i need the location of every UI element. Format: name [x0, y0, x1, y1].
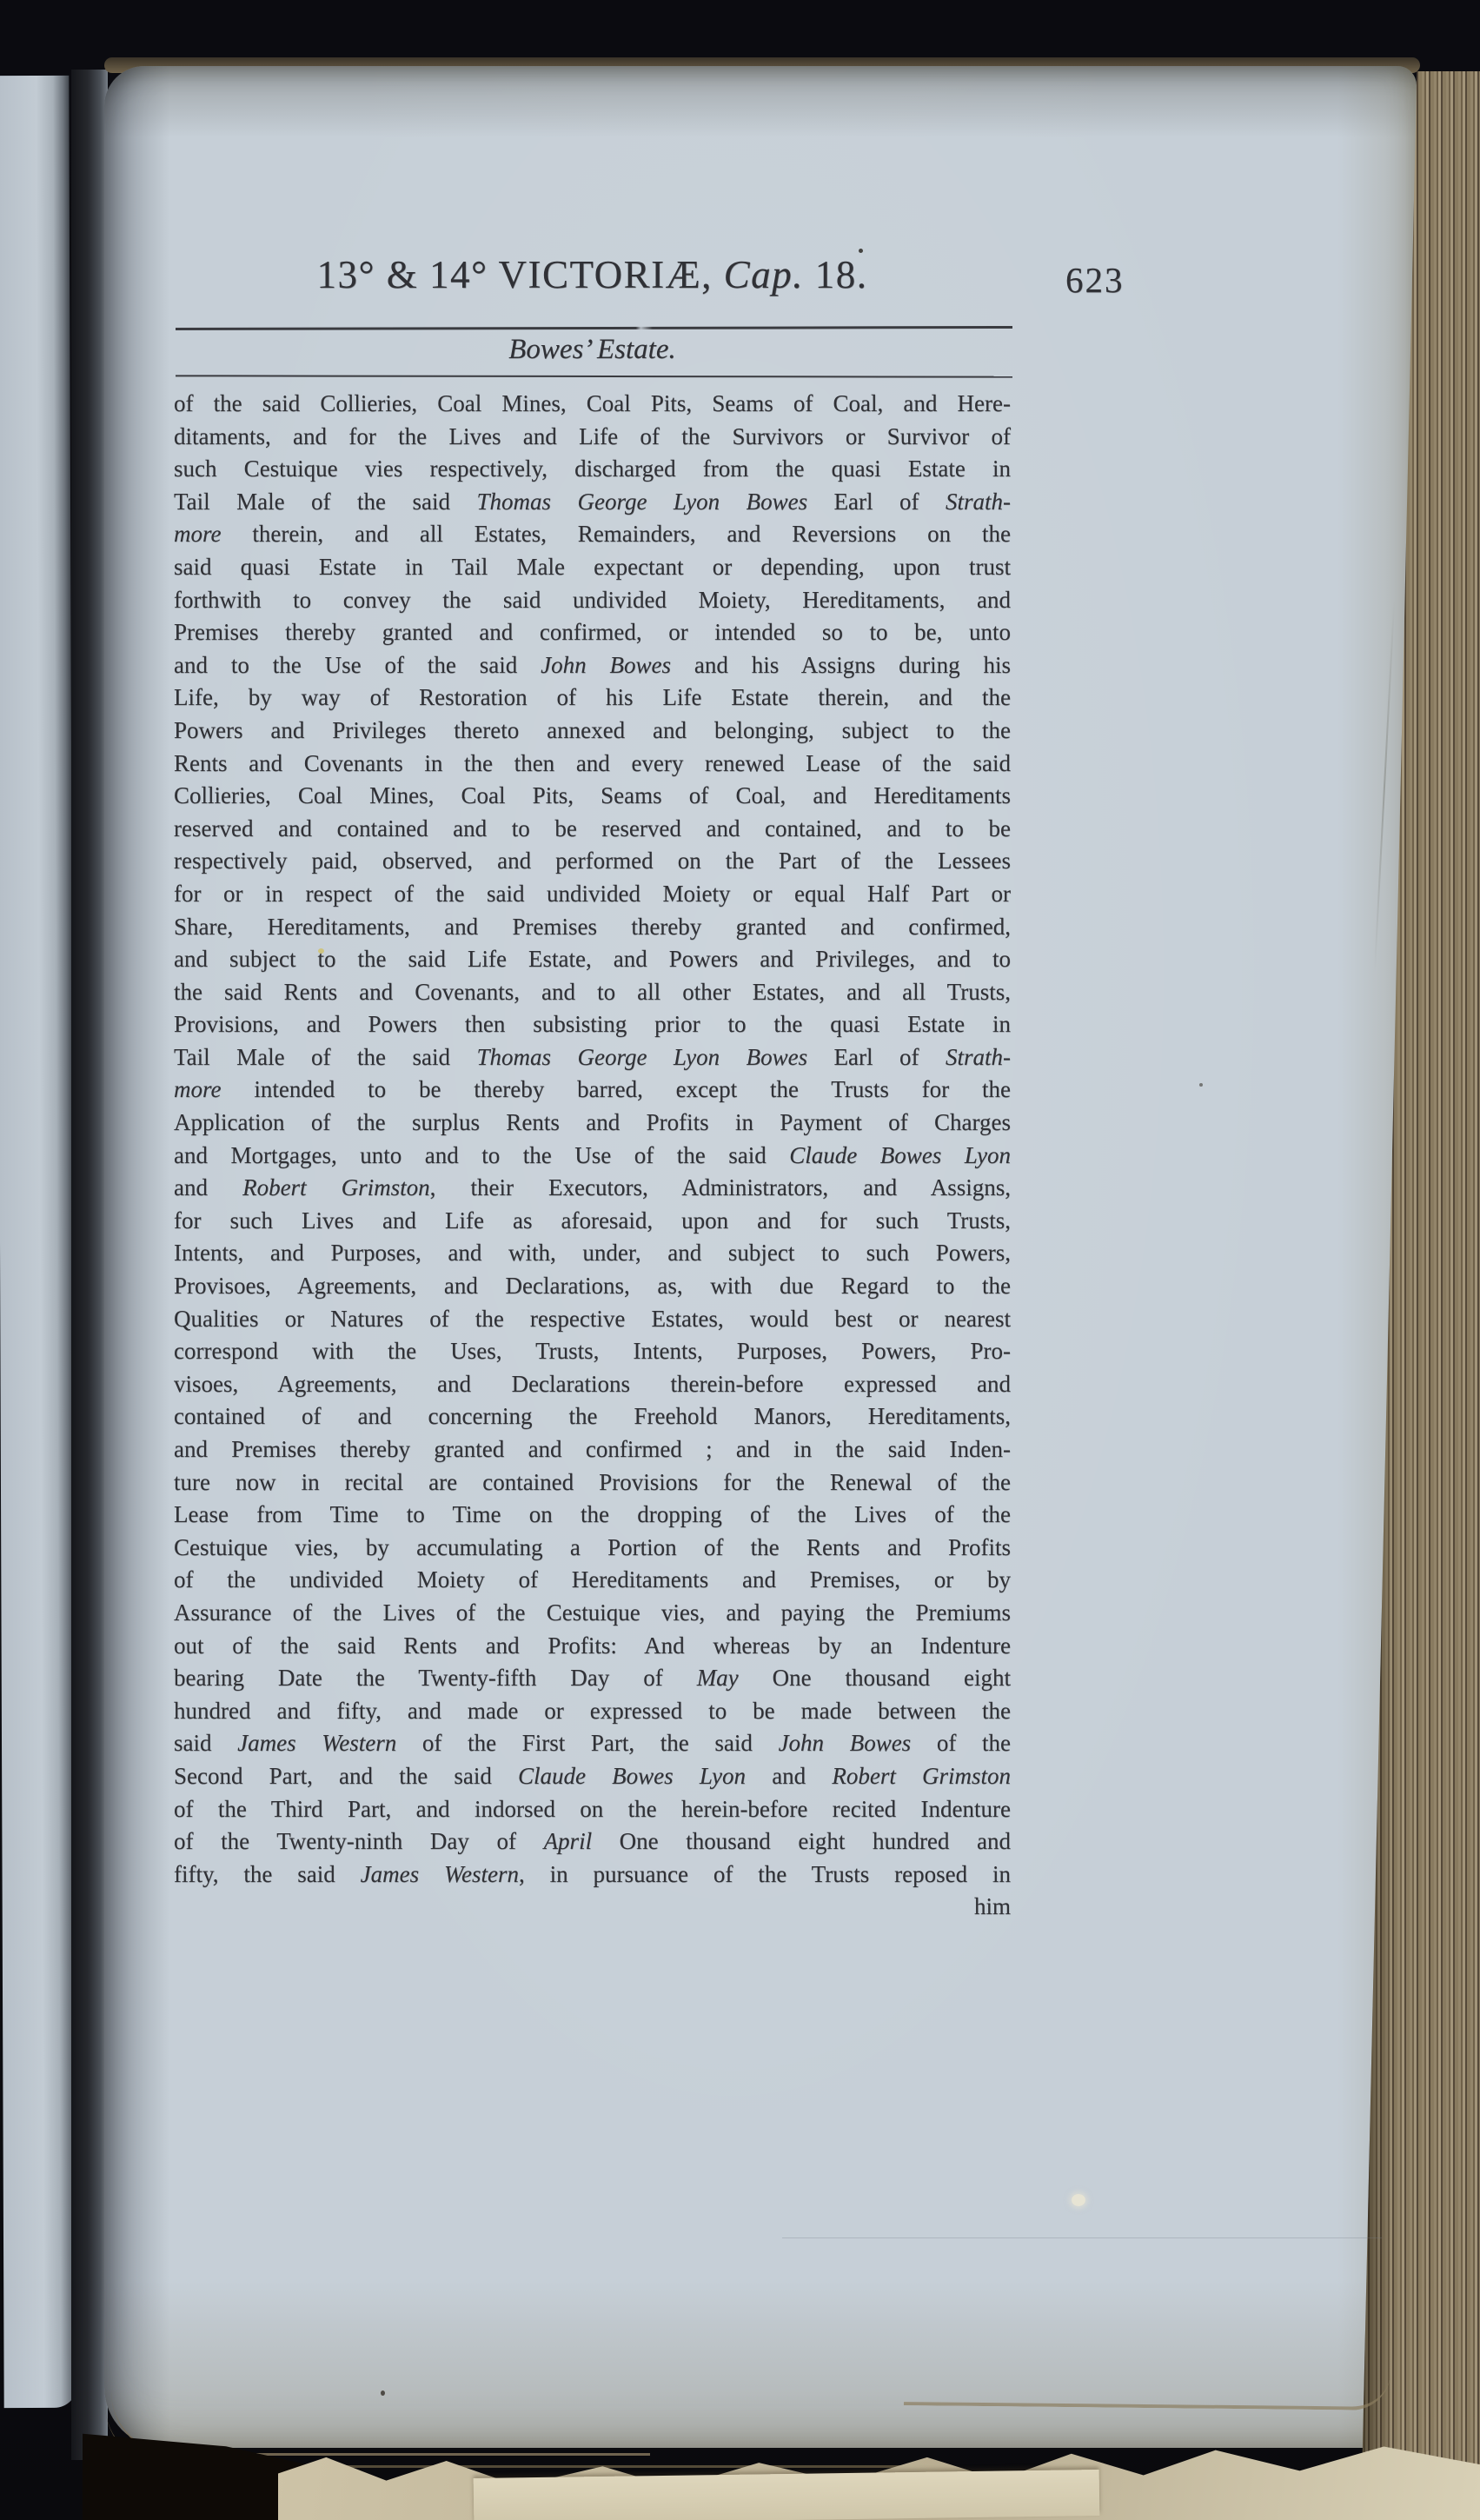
body-line: Share, Hereditaments, and Premises there…: [174, 911, 1011, 944]
body-line: the said Rents and Covenants, and to all…: [174, 976, 1011, 1009]
torn-paper-piece: [474, 2470, 1100, 2520]
facing-page-edge: [0, 76, 77, 2408]
body-line: Provisoes, Agreements, and Declarations,…: [174, 1270, 1011, 1303]
body-line: Rents and Covenants in the then and ever…: [174, 748, 1011, 781]
body-line: Provisions, and Powers then subsisting p…: [174, 1008, 1011, 1041]
body-line: said quasi Estate in Tail Male expectant…: [174, 551, 1011, 584]
ink-speck: [859, 249, 863, 253]
body-line: of the undivided Moiety of Hereditaments…: [174, 1564, 1011, 1597]
body-line: contained of and concerning the Freehold…: [174, 1400, 1011, 1433]
body-line: said James Western of the First Part, th…: [174, 1727, 1011, 1760]
body-line: Lease from Time to Time on the dropping …: [174, 1499, 1011, 1532]
body-line: Tail Male of the said Thomas George Lyon…: [174, 1041, 1011, 1074]
book-gutter-shadow: [71, 70, 108, 2460]
horizontal-rule-top: [176, 326, 1012, 330]
paper-stain: [318, 948, 324, 954]
body-line: bearing Date the Twenty-fifth Day of May…: [174, 1662, 1011, 1695]
body-line: more intended to be thereby barred, exce…: [174, 1074, 1011, 1107]
body-line: for or in respect of the said undivided …: [174, 878, 1011, 911]
body-line: such Cestuique vies respectively, discha…: [174, 453, 1011, 486]
body-line: hundred and fifty, and made or expressed…: [174, 1695, 1011, 1728]
paper-stain: [1072, 2194, 1085, 2206]
body-line: fifty, the said James Western, in pursua…: [174, 1858, 1011, 1892]
body-line: reserved and contained and to be reserve…: [174, 813, 1011, 846]
body-line: visoes, Agreements, and Declarations the…: [174, 1368, 1011, 1401]
body-line: Assurance of the Lives of the Cestuique …: [174, 1597, 1011, 1630]
body-line: Collieries, Coal Mines, Coal Pits, Seams…: [174, 780, 1011, 813]
body-line: Life, by way of Restoration of his Life …: [174, 682, 1011, 715]
body-line: of the Twenty-ninth Day of April One tho…: [174, 1825, 1011, 1858]
body-text: of the said Collieries, Coal Mines, Coal…: [174, 388, 1011, 1924]
body-line: out of the said Rents and Profits: And w…: [174, 1630, 1011, 1663]
body-line: of the said Collieries, Coal Mines, Coal…: [174, 388, 1011, 421]
body-line: and Robert Grimston, their Executors, Ad…: [174, 1172, 1011, 1205]
body-line: ditaments, and for the Lives and Life of…: [174, 421, 1011, 454]
horizontal-rule-bottom: [176, 375, 1012, 377]
body-line: and Mortgages, unto and to the Use of th…: [174, 1140, 1011, 1173]
body-line: and subject to the said Life Estate, and…: [174, 943, 1011, 976]
under-page-edge-line: [904, 2367, 1390, 2410]
body-line: respectively paid, observed, and perform…: [174, 845, 1011, 878]
body-line: for such Lives and Life as aforesaid, up…: [174, 1205, 1011, 1238]
scan-artifact-line: [782, 2237, 1382, 2238]
body-line: more therein, and all Estates, Remainder…: [174, 518, 1011, 551]
body-line: Application of the surplus Rents and Pro…: [174, 1107, 1011, 1140]
body-line: and Premises thereby granted and confirm…: [174, 1433, 1011, 1466]
ink-speck: [1199, 1083, 1203, 1087]
body-line: of the Third Part, and indorsed on the h…: [174, 1793, 1011, 1826]
scanned-book-photo: 13° & 14° VICTORIÆ, Cap. 18. 623 Bowes’ …: [0, 0, 1480, 2520]
body-line: ture now in recital are contained Provis…: [174, 1466, 1011, 1499]
page-number: 623: [1065, 259, 1170, 301]
body-line: Second Part, and the said Claude Bowes L…: [174, 1760, 1011, 1793]
body-line: Powers and Privileges thereto annexed an…: [174, 715, 1011, 748]
body-line: forthwith to convey the said undivided M…: [174, 584, 1011, 617]
book-page: 13° & 14° VICTORIÆ, Cap. 18. 623 Bowes’ …: [104, 66, 1417, 2448]
regnal-title: 13° & 14° VICTORIÆ, Cap. 18.: [174, 252, 1011, 297]
body-line: Cestuique vies, by accumulating a Portio…: [174, 1532, 1011, 1565]
catchword: him: [174, 1891, 1011, 1924]
body-line: Tail Male of the said Thomas George Lyon…: [174, 486, 1011, 519]
body-line: correspond with the Uses, Trusts, Intent…: [174, 1335, 1011, 1368]
body-line: and to the Use of the said John Bowes an…: [174, 649, 1011, 682]
body-line: Premises thereby granted and confirmed, …: [174, 616, 1011, 649]
body-line: Intents, and Purposes, and with, under, …: [174, 1237, 1011, 1270]
running-title: Bowes’ Estate.: [174, 334, 1011, 366]
body-line: Qualities or Natures of the respective E…: [174, 1303, 1011, 1336]
ink-speck: [381, 2390, 385, 2396]
